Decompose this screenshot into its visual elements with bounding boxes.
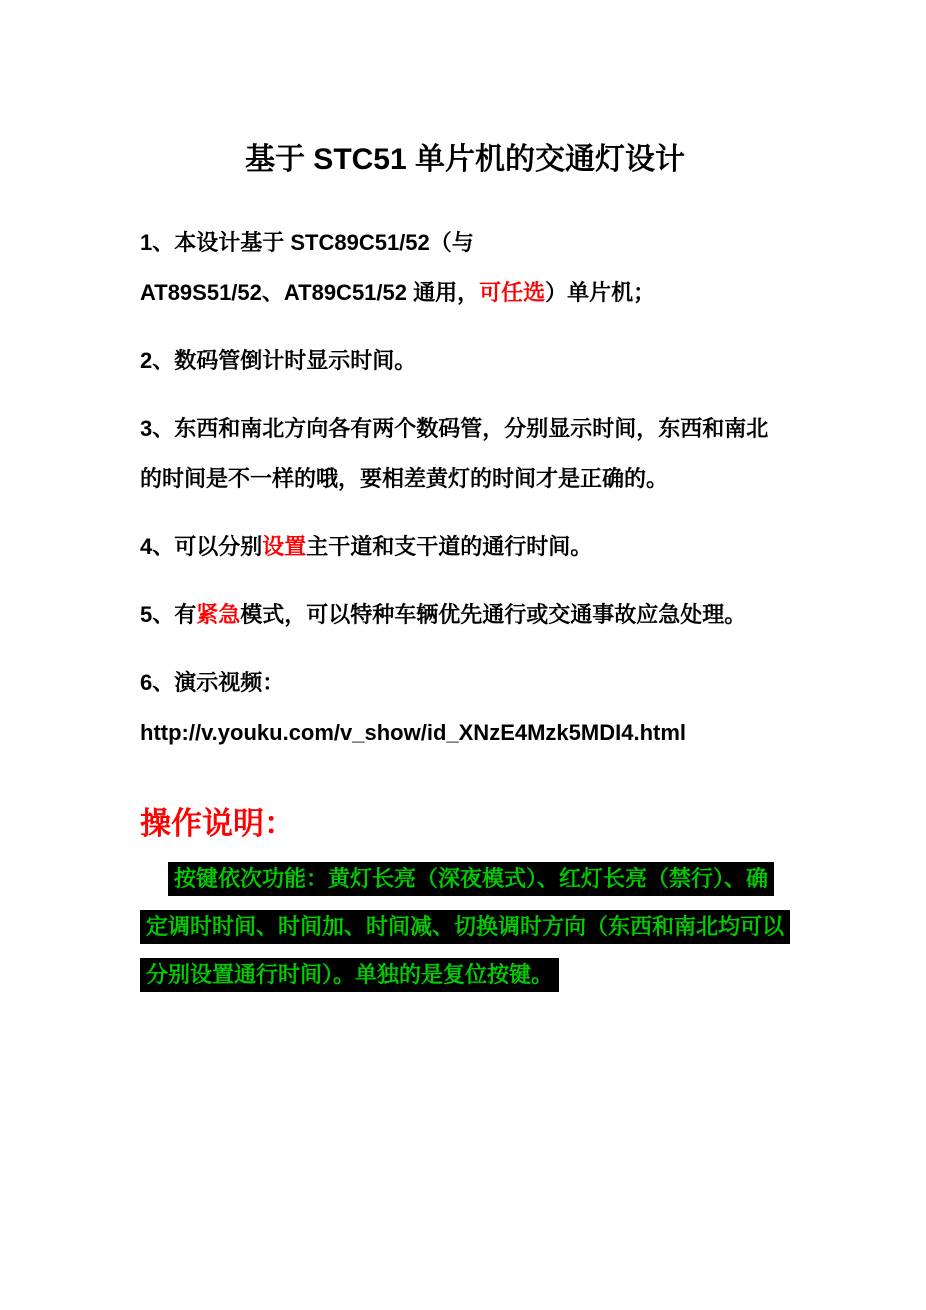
item-1-line-2: AT89S51/52、AT89C51/52 通用，可任选）单片机； <box>140 268 796 318</box>
item-3-line-2: 的时间是不一样的哦，要相差黄灯的时间才是正确的。 <box>140 454 796 504</box>
item-5-text: 5、有 <box>140 602 196 627</box>
highlight-line-3-text: 分别设置通行时间）。单独的是复位按键。 <box>140 958 559 992</box>
item-1-line-2-text: AT89S51/52、AT89C51/52 通用， <box>140 280 479 305</box>
highlight-line-2: 定调时时间、时间加、时间减、切换调时方向（东西和南北均可以 <box>140 910 796 958</box>
document-page: 基于 STC51 单片机的交通灯设计 1、本设计基于 STC89C51/52（与… <box>0 0 926 1310</box>
item-3-line-2-text: 的时间是不一样的哦，要相差黄灯的时间才是正确的。 <box>140 466 668 491</box>
paragraph-item-5: 5、有紧急模式，可以特种车辆优先通行或交通事故应急处理。 <box>140 590 796 640</box>
item-4-text: 4、可以分别 <box>140 534 262 559</box>
item-2-text: 2、数码管倒计时显示时间。 <box>140 348 416 373</box>
item-3-line-1-text: 3、东西和南北方向各有两个数码管，分别显示时间，东西和南北 <box>140 416 768 441</box>
item-5-tail: 模式，可以特种车辆优先通行或交通事故应急处理。 <box>240 602 746 627</box>
paragraph-item-2: 2、数码管倒计时显示时间。 <box>140 336 796 386</box>
item-6-line: 6、演示视频： <box>140 658 796 708</box>
highlight-line-2-text: 定调时时间、时间加、时间减、切换调时方向（东西和南北均可以 <box>140 910 790 944</box>
highlighted-instructions: 按键依次功能：黄灯长亮（深夜模式）、红灯长亮（禁行）、确 定调时时间、时间加、时… <box>140 862 796 1006</box>
paragraph-item-4: 4、可以分别设置主干道和支干道的通行时间。 <box>140 522 796 572</box>
red-emphasis-optional: 可任选 <box>479 280 545 305</box>
item-6-text: 6、演示视频： <box>140 670 284 695</box>
highlight-line-1: 按键依次功能：黄灯长亮（深夜模式）、红灯长亮（禁行）、确 <box>140 862 796 910</box>
item-4-line: 4、可以分别设置主干道和支干道的通行时间。 <box>140 522 796 572</box>
item-5-line: 5、有紧急模式，可以特种车辆优先通行或交通事故应急处理。 <box>140 590 796 640</box>
highlight-line-1-text: 按键依次功能：黄灯长亮（深夜模式）、红灯长亮（禁行）、确 <box>168 862 774 896</box>
item-1-line-2-tail: ）单片机； <box>545 280 655 305</box>
red-emphasis-setup: 设置 <box>262 534 306 559</box>
red-emphasis-emergency: 紧急 <box>196 602 240 627</box>
paragraph-item-1: 1、本设计基于 STC89C51/52（与 AT89S51/52、AT89C51… <box>140 218 796 318</box>
highlight-line-3: 分别设置通行时间）。单独的是复位按键。 <box>140 958 796 1006</box>
item-1-text: 1、本设计基于 STC89C51/52（与 <box>140 230 474 255</box>
paragraph-item-6: 6、演示视频： http://v.youku.com/v_show/id_XNz… <box>140 658 796 758</box>
item-2-line: 2、数码管倒计时显示时间。 <box>140 336 796 386</box>
demo-video-url: http://v.youku.com/v_show/id_XNzE4Mzk5MD… <box>140 708 796 758</box>
item-4-tail: 主干道和支干道的通行时间。 <box>306 534 592 559</box>
document-title: 基于 STC51 单片机的交通灯设计 <box>140 140 790 180</box>
item-1-line-1: 1、本设计基于 STC89C51/52（与 <box>140 218 796 268</box>
paragraph-item-3: 3、东西和南北方向各有两个数码管，分别显示时间，东西和南北 的时间是不一样的哦，… <box>140 404 796 504</box>
item-3-line-1: 3、东西和南北方向各有两个数码管，分别显示时间，东西和南北 <box>140 404 796 454</box>
operation-instructions-heading: 操作说明： <box>140 804 796 844</box>
